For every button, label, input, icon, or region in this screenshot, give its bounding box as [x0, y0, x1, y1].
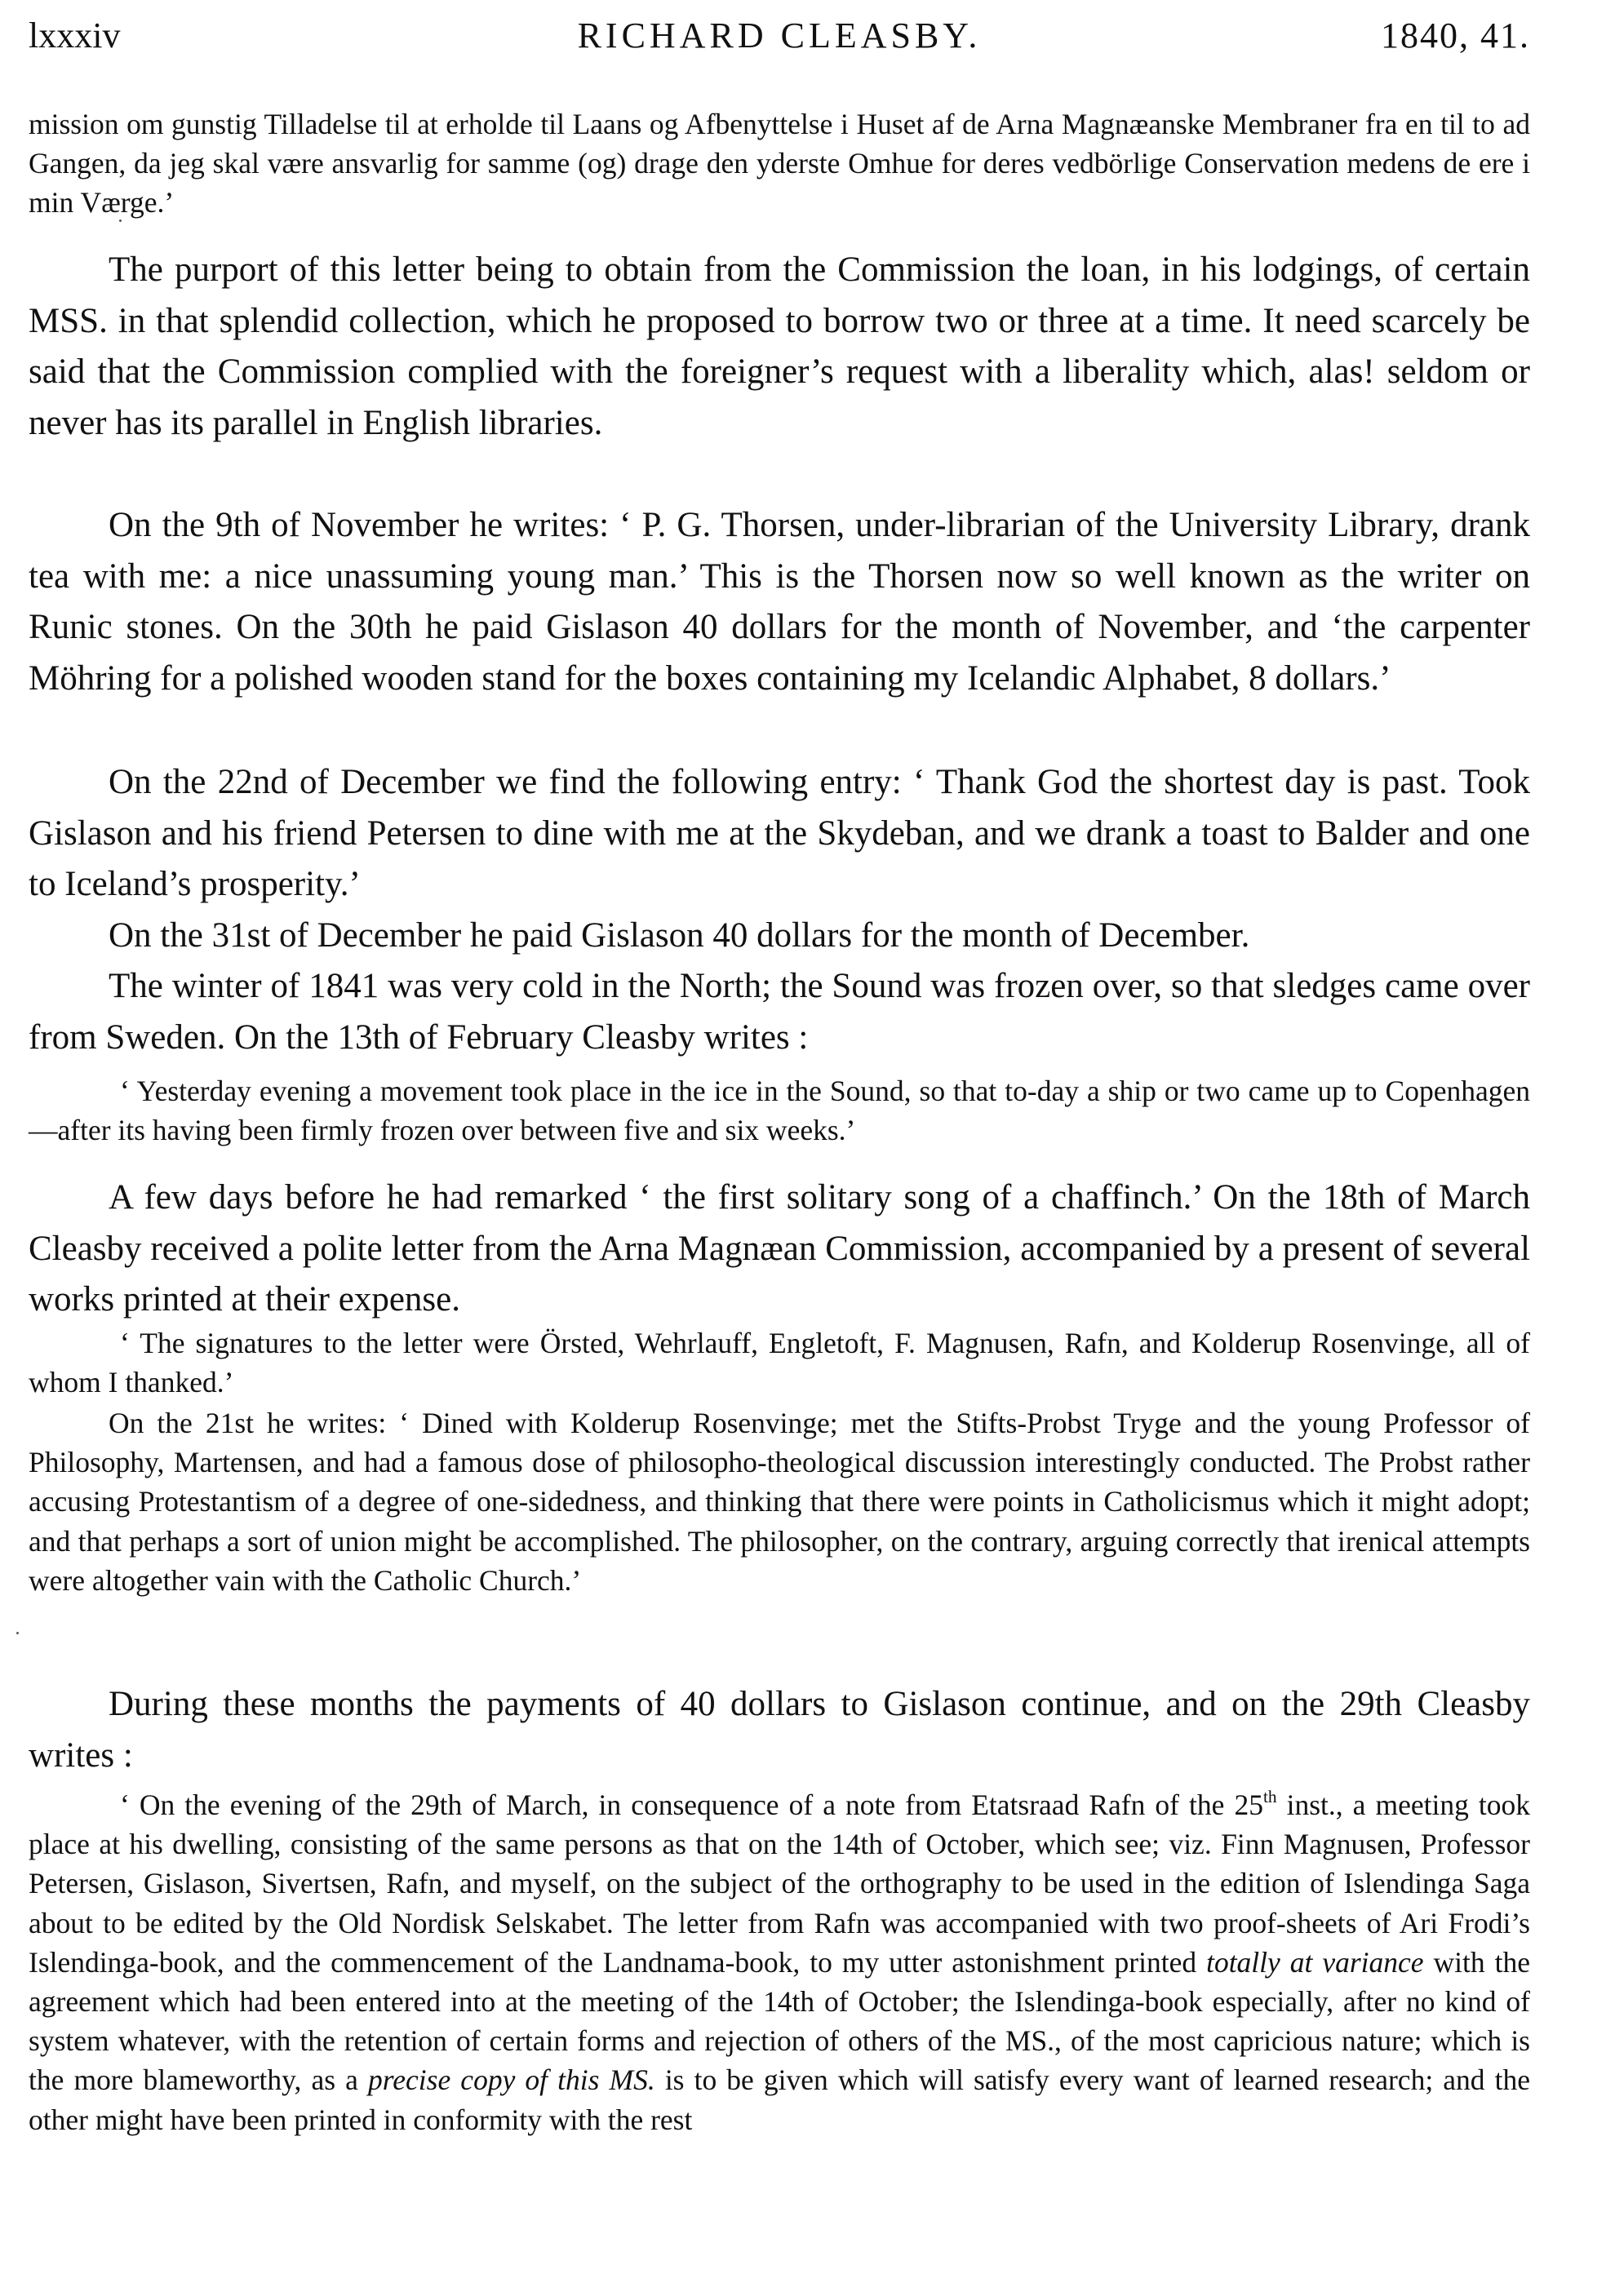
italic-emphasis: totally at variance — [1206, 1946, 1423, 1979]
scan-speck — [119, 219, 122, 222]
quote-21st-dined: On the 21st he writes: ‘ Dined with Kold… — [29, 1403, 1530, 1600]
quote-text: ‘ On the evening of the 29th of March, i… — [120, 1788, 1263, 1821]
paragraph-purport: The purport of this letter being to obta… — [29, 245, 1530, 449]
paragraph-chaffinch: A few days before he had remarked ‘ the … — [29, 1172, 1530, 1326]
page-header: lxxxiv RICHARD CLEASBY. 1840, 41. — [29, 11, 1530, 60]
quote-march-29-meeting: ‘ On the evening of the 29th of March, i… — [29, 1785, 1530, 2139]
quote-signatures: ‘ The signatures to the letter were Örst… — [29, 1323, 1530, 1402]
paragraph-winter-1841: The winter of 1841 was very cold in the … — [29, 961, 1530, 1063]
running-title: RICHARD CLEASBY. — [29, 11, 1530, 60]
quote-yesterday-evening: ‘ Yesterday evening a movement took plac… — [29, 1071, 1530, 1150]
italic-emphasis: precise copy of this MS. — [368, 2063, 655, 2096]
scan-speck — [16, 1632, 19, 1634]
superscript-th: th — [1263, 1787, 1277, 1806]
paragraph-danish-letter-end: mission om gunstig Tilladelse til at erh… — [29, 104, 1530, 223]
running-dates: 1840, 41. — [1381, 11, 1530, 60]
paragraph-payments: During these months the payments of 40 d… — [29, 1679, 1530, 1781]
paragraph-november-9: On the 9th of November he writes: ‘ P. G… — [29, 500, 1530, 704]
paragraph-december-22: On the 22nd of December we find the foll… — [29, 757, 1530, 911]
paragraph-december-31: On the 31st of December he paid Gislason… — [29, 911, 1530, 962]
